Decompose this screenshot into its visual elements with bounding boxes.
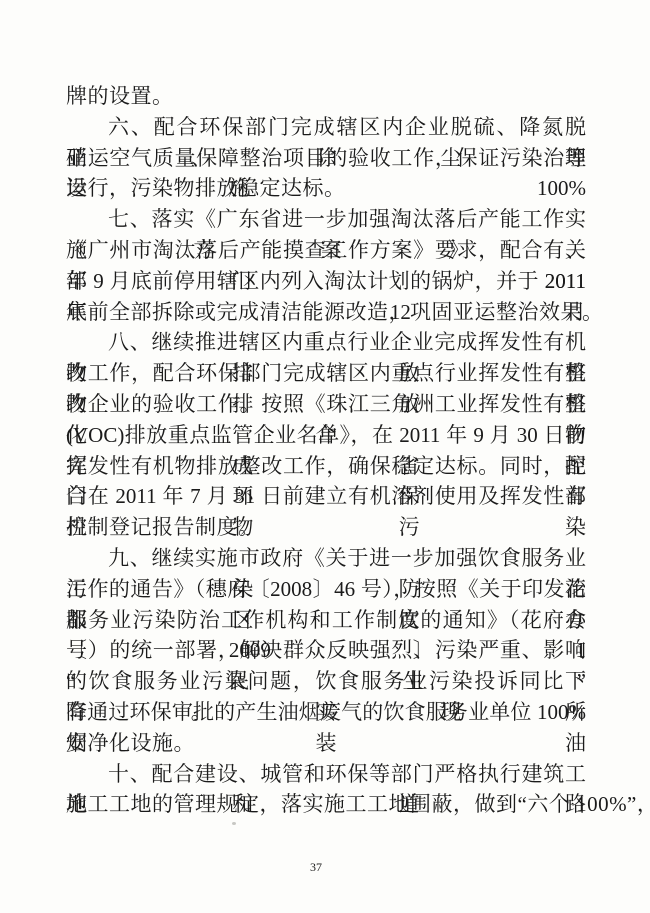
text-line: 牌的设置。 [66, 81, 586, 112]
text-line: (VOC)排放重点监管企业名单》，在 2011 年 9 月 30 日前完成省控 [66, 420, 586, 451]
text-line: 服务业污染防治工作机构和工作制度的通知》（花府办〔2009〕1 [66, 605, 586, 636]
text-line: 八、继续推进辖区内重点行业企业完成挥发性有机物排放整 [66, 327, 586, 358]
text-line: 七、落实《广东省进一步加强淘汰落后产能工作实施方案》、 [66, 204, 586, 235]
text-line: 亚运空气质量保障整治项目的验收工作，保证污染治理设施 100% [66, 143, 586, 174]
document-body: 牌的设置。 六、配合环保部门完成辖区内企业脱硫、降氮脱硝、除尘等 亚运空气质量保… [66, 81, 586, 820]
text-line: 九、继续实施市政府《关于进一步加强饮食服务业污染防治 [66, 543, 586, 574]
text-line: 改企业的验收工作。按照《珠江三角洲工业挥发性有机化合物 [66, 389, 586, 420]
text-line: 十、配合建设、城管和环保等部门严格执行建筑工地和道路 [66, 759, 586, 790]
text-line: 的饮食服务业污染问题，饮食服务业污染投诉同比下降。实现所 [66, 666, 586, 697]
text-line: 施工工地的管理规定，落实施工工地围蔽，做到“六个 100%”， [66, 789, 586, 820]
document-page: 牌的设置。 六、配合环保部门完成辖区内企业脱硫、降氮脱硝、除尘等 亚运空气质量保… [0, 0, 650, 913]
scan-artifact [232, 822, 236, 825]
text-line: 改工作，配合环保部门完成辖区内重点行业挥发性有机物排放整 [66, 358, 586, 389]
text-line: 工作的通告》（穗府〔2008〕46 号），按照《关于印发花都区饮食 [66, 574, 586, 605]
text-line: 号）的统一部署，解决群众反映强烈、污染严重、影响“民生” [66, 635, 586, 666]
text-line: 门在 2011 年 7 月 31 日前建立有机溶剂使用及挥发性有机物污染 [66, 481, 586, 512]
text-line: 挥发性有机物排放整改工作，确保稳定达标。同时，配合环保部 [66, 451, 586, 482]
text-line: 有通过环保审批的产生油烟废气的饮食服务业单位 100%安装油 [66, 697, 586, 728]
page-number: 37 [66, 860, 566, 875]
text-line: 年 9 月底前停用辖区内列入淘汰计划的锅炉，并于 2011 年 12 月 [66, 266, 586, 297]
text-line: 底前全部拆除或完成清洁能源改造，巩固亚运整治效果。 [66, 297, 586, 328]
text-line: 六、配合环保部门完成辖区内企业脱硫、降氮脱硝、除尘等 [66, 112, 586, 143]
text-line: 《广州市淘汰落后产能摸查工作方案》要求，配合有关部门 2011 [66, 235, 586, 266]
